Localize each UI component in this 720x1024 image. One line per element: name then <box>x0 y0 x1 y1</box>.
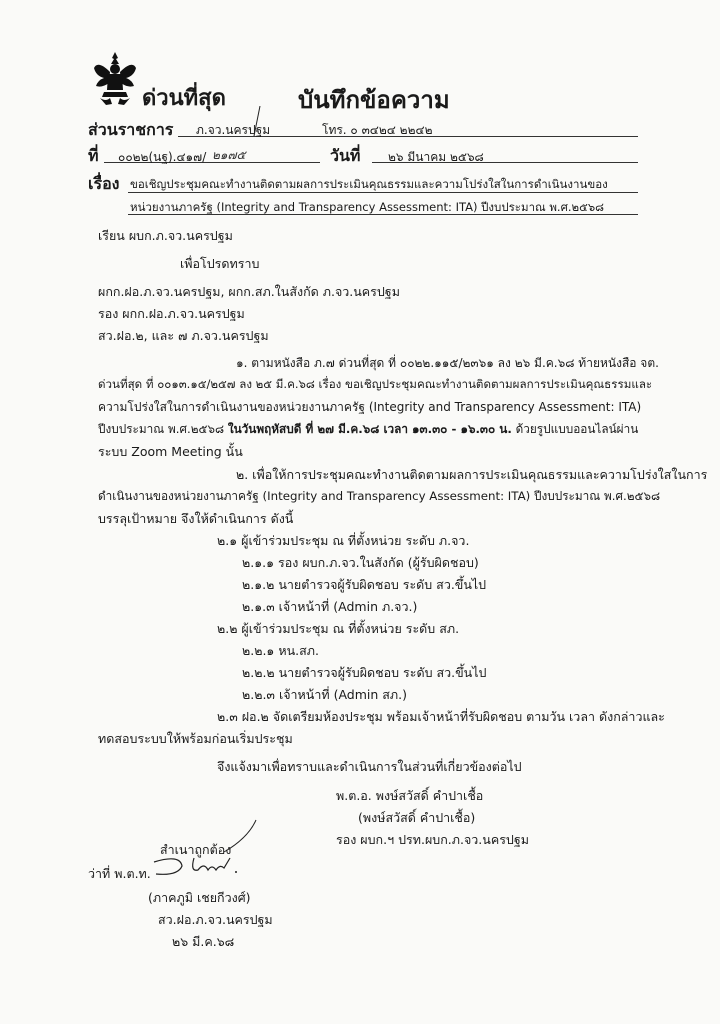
certifier-position: สว.ฝอ.ภ.จว.นครปฐม <box>158 910 273 930</box>
phone-value: โทร. ๐ ๓๔๒๔ ๒๒๔๒ <box>322 121 432 140</box>
date-label: วันที่ <box>330 144 360 169</box>
p1-tail: ด้วยรูปแบบออนไลน์ผ่าน <box>512 422 638 436</box>
subject-underline-2 <box>128 214 638 215</box>
section-2-2: ๒.๒ ผู้เข้าร่วมประชุม ณ ที่ตั้งหน่วย ระด… <box>217 619 459 639</box>
signer-position: รอง ผบก.ฯ ปรท.ผบก.ภ.จว.นครปฐม <box>336 830 529 850</box>
p1-line-4: ปีงบประมาณ พ.ศ.๒๕๖๘ ในวันพฤหัสบดี ที่ ๒๗… <box>98 420 638 439</box>
subject-label: เรื่อง <box>88 172 119 197</box>
section-2-2-item: ๒.๒.๒ นายตำรวจผู้รับผิดชอบ ระดับ สว.ขึ้น… <box>242 663 486 683</box>
certifier-rank: ว่าที่ พ.ต.ท. <box>88 864 151 884</box>
p1-meeting-datetime: ในวันพฤหัสบดี ที่ ๒๗ มี.ค.๖๘ เวลา ๑๓.๓๐ … <box>228 422 512 436</box>
cc-line: สว.ฝอ.๒, และ ๗ ภ.จว.นครปฐม <box>98 326 269 346</box>
section-2-1-item: ๒.๑.๑ รอง ผบก.ภ.จว.ในสังกัด (ผู้รับผิดชอ… <box>242 553 479 573</box>
document-title: บันทึกข้อความ <box>298 80 450 119</box>
addressee-purpose: เพื่อโปรดทราบ <box>180 254 259 274</box>
cc-line: ผกก.ฝอ.ภ.จว.นครปฐม, ผกก.สภ.ในสังกัด ภ.จว… <box>98 282 400 302</box>
ref-label: ที่ <box>88 144 99 169</box>
p1-line: ด่วนที่สุด ที่ ๐๐๑๓.๑๕/๒๕๗ ลง ๒๕ มี.ค.๖๘… <box>98 376 652 394</box>
certifier-name-paren: (ภาคภูมิ เชยกีวงศ์) <box>148 888 251 908</box>
p1-line: ๑. ตามหนังสือ ภ.๗ ด่วนที่สุด ที่ ๐๐๒๒.๑๑… <box>236 354 659 373</box>
section-2-1-item: ๒.๑.๓ เจ้าหน้าที่ (Admin ภ.จว.) <box>242 597 417 617</box>
ref-value: ๐๐๒๒(นฐ).๔๑๗/ <box>118 148 206 167</box>
section-2-3-line: ทดสอบระบบให้พร้อมก่อนเริ่มประชุม <box>98 729 293 749</box>
closing-line: จึงแจ้งมาเพื่อทราบและดำเนินการในส่วนที่เ… <box>217 757 522 777</box>
agency-label: ส่วนราชการ <box>88 118 173 143</box>
certifier-date: ๒๖ มี.ค.๖๘ <box>172 932 234 952</box>
addressee-to: เรียน ผบก.ภ.จว.นครปฐม <box>98 226 233 246</box>
section-2-2-item: ๒.๒.๑ หน.สภ. <box>242 641 319 661</box>
signature-scribble <box>150 852 240 880</box>
p1-line: ความโปร่งใสในการดำเนินงานของหน่วยงานภาคร… <box>98 398 641 417</box>
signer-name-paren: (พงษ์สวัสดิ์ คำปาเชื้อ) <box>358 808 475 828</box>
section-2-1-item: ๒.๑.๒ นายตำรวจผู้รับผิดชอบ ระดับ สว.ขึ้น… <box>242 575 486 595</box>
handwritten-stroke <box>250 106 264 138</box>
ref-handwritten: ๒๑๗๕ <box>212 146 246 165</box>
urgency-label: ด่วนที่สุด <box>142 80 226 115</box>
p2-line: ๒. เพื่อให้การประชุมคณะทำงานติดตามผลการป… <box>236 465 707 485</box>
garuda-seal-icon <box>92 50 138 106</box>
section-2-3-line: ๒.๓ ฝอ.๒ จัดเตรียมห้องประชุม พร้อมเจ้าหน… <box>217 707 665 727</box>
subject-underline-1 <box>128 192 638 193</box>
p2-line: ดำเนินงานของหน่วยงานภาครัฐ (Integrity an… <box>98 487 660 506</box>
memo-page: ด่วนที่สุด บันทึกข้อความ ส่วนราชการ ภ.จว… <box>0 0 720 1024</box>
p1-line: ระบบ Zoom Meeting นั้น <box>98 442 243 462</box>
section-2-1: ๒.๑ ผู้เข้าร่วมประชุม ณ ที่ตั้งหน่วย ระด… <box>217 531 469 551</box>
p2-line: บรรลุเป้าหมาย จึงให้ดำเนินการ ดังนี้ <box>98 509 293 529</box>
p1-normal: ปีงบประมาณ พ.ศ.๒๕๖๘ <box>98 422 228 436</box>
signer-name: พ.ต.อ. พงษ์สวัสดิ์ คำปาเชื้อ <box>336 786 483 806</box>
section-2-2-item: ๒.๒.๓ เจ้าหน้าที่ (Admin สภ.) <box>242 685 407 705</box>
cc-line: รอง ผกก.ฝอ.ภ.จว.นครปฐม <box>98 304 245 324</box>
date-value: ๒๖ มีนาคม ๒๕๖๘ <box>388 148 484 167</box>
